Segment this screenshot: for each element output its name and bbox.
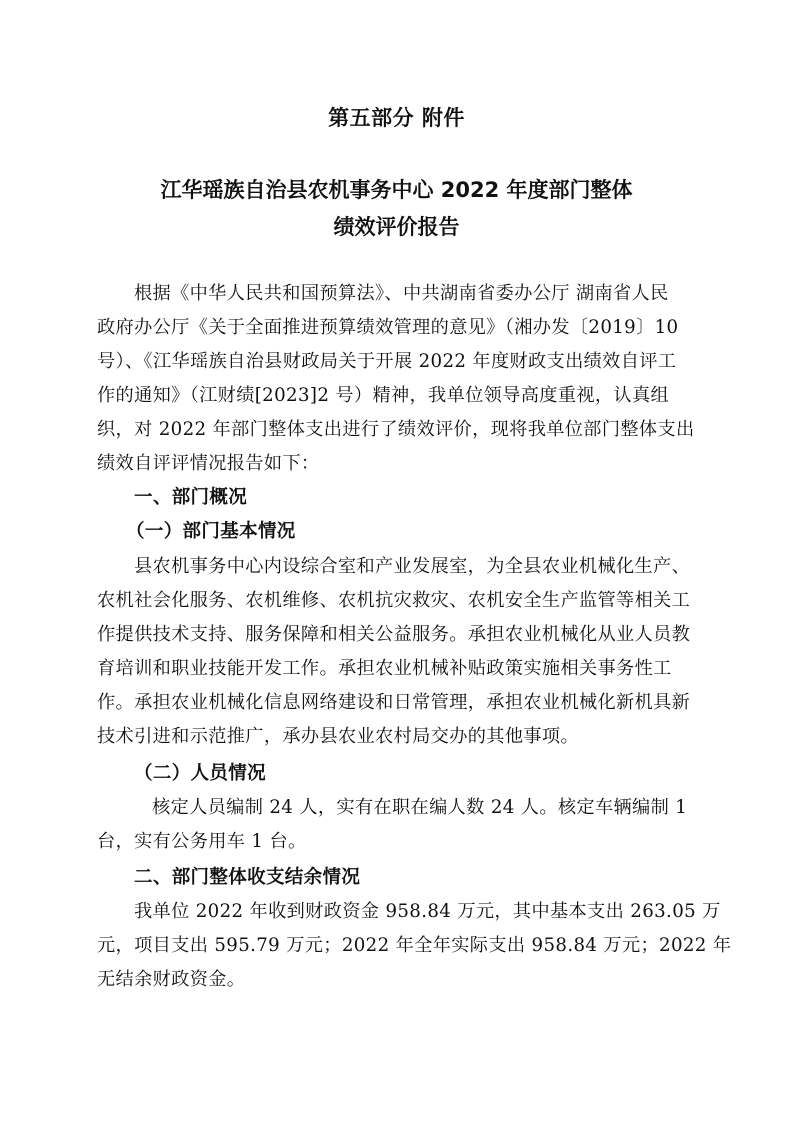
body-line: 农机社会化服务、农机维修、农机抗灾救灾、农机安全生产监管等相关工	[97, 589, 690, 613]
section-heading: 二、部门整体收支结余情况	[134, 866, 360, 890]
intro-line: 作的通知》（江财绩[2023]2 号）精神，我单位领导高度重视，认真组	[97, 384, 669, 408]
body-line: 无结余财政资金。	[97, 968, 245, 992]
intro-line: 织，对 2022 年部门整体支出进行了绩效评价，现将我单位部门整体支出	[97, 418, 695, 442]
body-line: 作提供技术支持、服务保障和相关公益服务。承担农业机械化从业人员教	[97, 623, 690, 647]
intro-line: 根据《中华人民共和国预算法》、中共湖南省委办公厅 湖南省人民	[134, 282, 669, 306]
intro-line: 绩效自评评情况报告如下：	[97, 452, 319, 476]
document-title-line: 江华瑶族自治县农机事务中心 2022 年度部门整体	[0, 172, 793, 209]
body-line: 育培训和职业技能开发工作。承担农业机械补贴政策实施相关事务性工	[97, 657, 672, 681]
body-line: 技术引进和示范推广，承办县农业农村局交办的其他事项。	[97, 725, 579, 749]
subsection-heading: （二）人员情况	[134, 762, 266, 786]
part-title: 第五部分 附件	[0, 104, 793, 132]
body-line: 核定人员编制 24 人，实有在职在编人数 24 人。核定车辆编制 1	[152, 796, 687, 820]
body-line: 我单位 2022 年收到财政资金 958.84 万元，其中基本支出 263.05…	[134, 900, 721, 924]
document-page: 第五部分 附件 江华瑶族自治县农机事务中心 2022 年度部门整体 绩效评价报告…	[0, 0, 793, 1122]
document-title-line: 绩效评价报告	[0, 209, 793, 246]
intro-line: 号）、《江华瑶族自治县财政局关于开展 2022 年度财政支出绩效自评工	[97, 350, 676, 374]
body-line: 台，实有公务用车 1 台。	[97, 830, 307, 854]
body-line: 县农机事务中心内设综合室和产业发展室，为全县农业机械化生产、	[134, 555, 690, 579]
document-title: 江华瑶族自治县农机事务中心 2022 年度部门整体 绩效评价报告	[0, 172, 793, 246]
body-line: 元，项目支出 595.79 万元；2022 年全年实际支出 958.84 万元；…	[97, 934, 731, 958]
intro-line: 政府办公厅《关于全面推进预算绩效管理的意见》（湘办发〔2019〕10	[97, 316, 678, 340]
body-line: 作。承担农业机械化信息网络建设和日常管理，承担农业机械化新机具新	[97, 691, 690, 715]
section-heading: 一、部门概况	[134, 486, 247, 510]
subsection-heading: （一）部门基本情况	[126, 520, 296, 544]
